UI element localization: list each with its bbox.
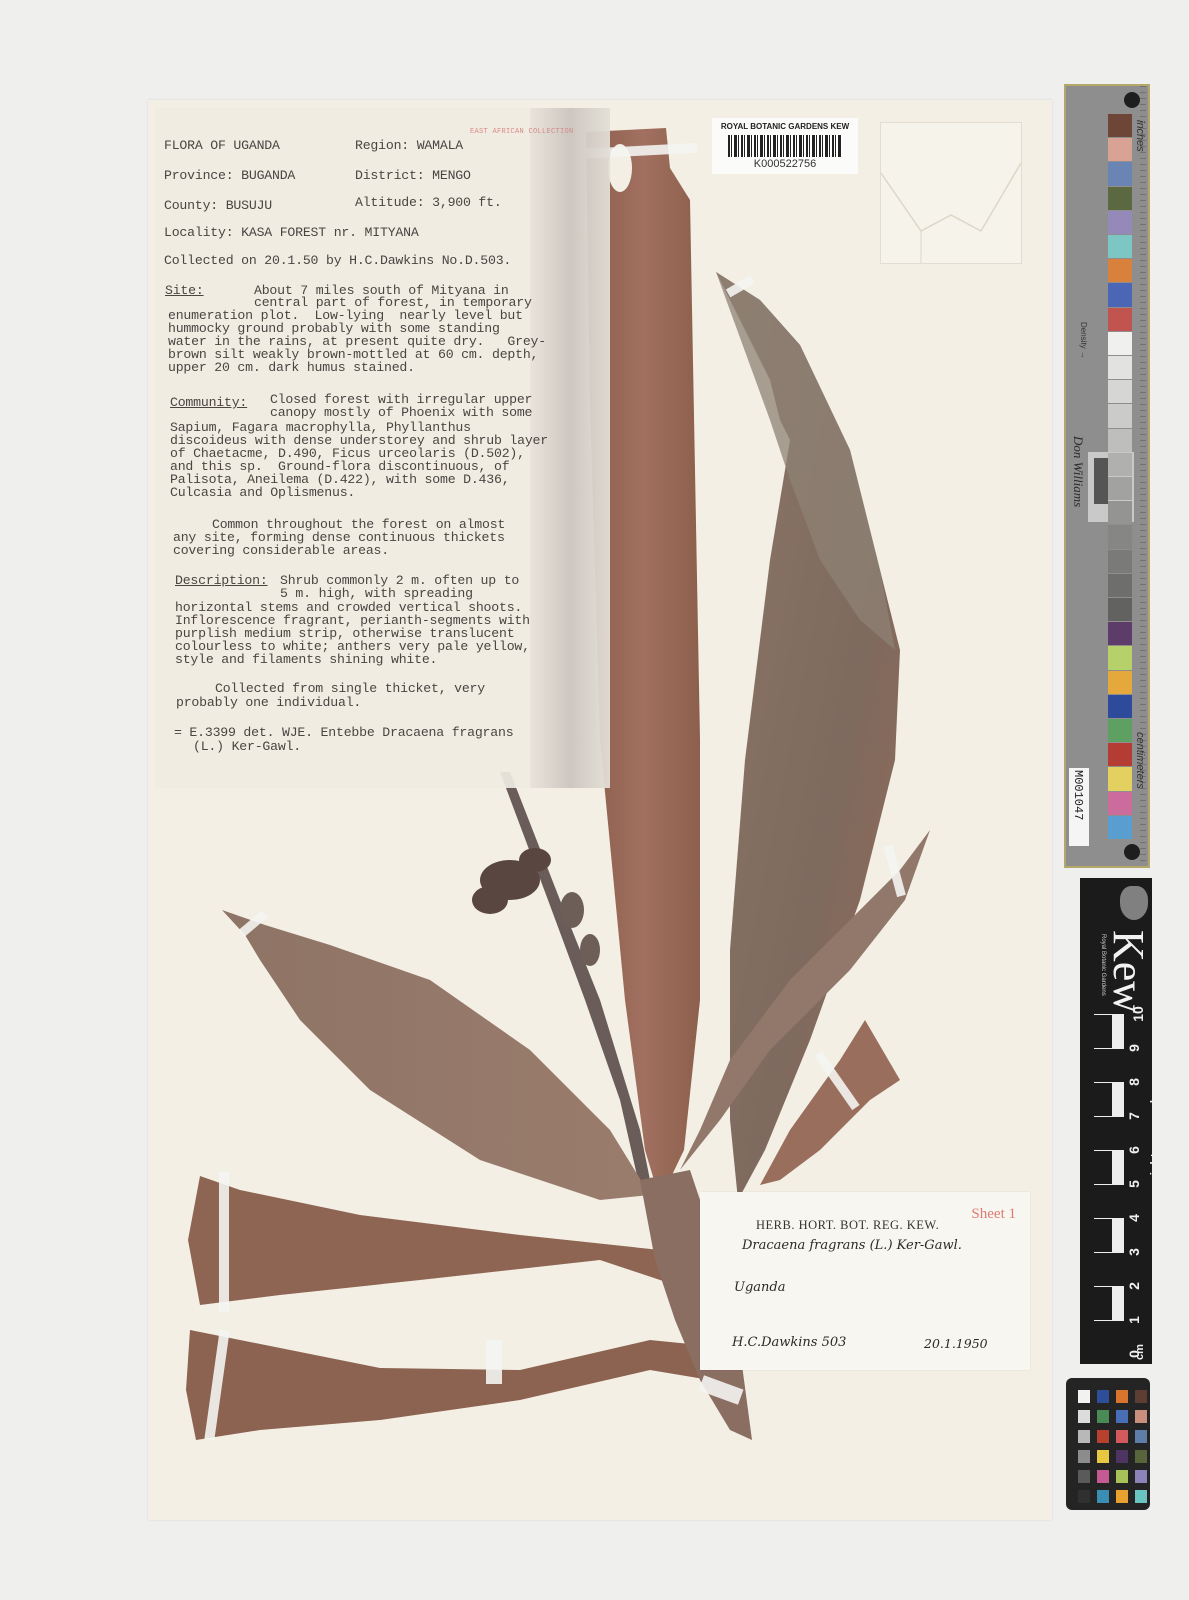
province: Province: BUGANDA [164, 168, 295, 183]
checker-patch [1097, 1470, 1109, 1483]
checker-patch [1078, 1410, 1090, 1423]
cm-tick-label: 6 [1126, 1146, 1142, 1154]
determination-label: Sheet 1 HERB. HORT. BOT. REG. KEW. Draca… [700, 1192, 1030, 1370]
community-line: canopy mostly of Phoenix with some [270, 405, 532, 420]
cm-tick-label: 10 [1130, 1006, 1146, 1022]
color-swatch [1108, 453, 1132, 476]
leaf-lower-2 [186, 1330, 710, 1440]
checker-patch [1116, 1470, 1128, 1483]
color-swatch [1108, 308, 1132, 331]
cm-segment [1094, 1150, 1124, 1184]
color-swatch [1108, 283, 1132, 306]
color-swatch [1108, 259, 1132, 282]
institution-name: ROYAL BOTANIC GARDENS KEW [712, 122, 858, 131]
cm-segment [1094, 1116, 1124, 1150]
species-name: Dracaena fragrans (L.) Ker-Gawl. [742, 1238, 962, 1253]
color-swatch [1108, 574, 1132, 597]
collected-from-line: probably one individual. [176, 695, 361, 710]
color-swatch [1108, 622, 1132, 645]
site-heading: Site: [165, 283, 204, 298]
checker-patch [1116, 1390, 1128, 1403]
color-swatch [1108, 550, 1132, 573]
color-swatch [1108, 380, 1132, 403]
description-heading: Description: [175, 573, 268, 588]
scale-id-tag: M001047 [1069, 768, 1089, 846]
abundance-line: covering considerable areas. [173, 543, 389, 558]
barcode-label: ROYAL BOTANIC GARDENS KEW K000522756 [712, 118, 858, 174]
barcode-number: K000522756 [712, 158, 858, 170]
checker-patch [1097, 1390, 1109, 1403]
checker-patch [1097, 1430, 1109, 1443]
color-swatch [1108, 767, 1132, 790]
color-checker-card [1066, 1378, 1150, 1510]
collection-stamp: EAST AFRICAN COLLECTION [470, 128, 574, 136]
color-swatch [1108, 501, 1132, 524]
cm-tick-label: 4 [1126, 1214, 1142, 1222]
checker-patch [1116, 1430, 1128, 1443]
fragment-packet [880, 122, 1022, 264]
color-swatch [1108, 816, 1132, 839]
checker-patch [1135, 1490, 1147, 1503]
flora-title: FLORA OF UGANDA [164, 138, 280, 153]
cm-segment [1094, 1286, 1124, 1320]
hole-icon [1124, 92, 1140, 108]
cm-scale [1094, 1014, 1124, 1354]
region: Region: WAMALA [355, 138, 463, 153]
color-swatch [1108, 114, 1132, 137]
sheet-number: Sheet 1 [971, 1206, 1016, 1223]
checker-patch [1135, 1470, 1147, 1483]
color-swatch [1108, 187, 1132, 210]
cm-segment [1094, 1184, 1124, 1218]
kew-crest-icon [1120, 886, 1148, 920]
checker-patch [1078, 1430, 1090, 1443]
color-swatch [1108, 646, 1132, 669]
color-swatch [1108, 719, 1132, 742]
barcode-icon [728, 135, 842, 157]
cm-segment [1094, 1014, 1124, 1048]
kew-logo: Kew [1106, 930, 1150, 1013]
checker-patch [1135, 1390, 1147, 1403]
cm-tick-label: 5 [1126, 1180, 1142, 1188]
kew-cm-ruler: Royal Botanic Gardens Kew copyright rese… [1080, 878, 1152, 1364]
checker-patch [1078, 1490, 1090, 1503]
cm-segment [1094, 1252, 1124, 1286]
cm-tick-label: 8 [1126, 1078, 1142, 1086]
cm-tick-label: 1 [1126, 1316, 1142, 1324]
color-swatch [1108, 332, 1132, 355]
cm-tick-label: 2 [1126, 1282, 1142, 1290]
district: District: MENGO [355, 168, 471, 183]
description-line: 5 m. high, with spreading [280, 586, 473, 601]
community-heading: Community: [170, 395, 247, 410]
copyright-text: copyright reserved [1148, 1100, 1162, 1208]
color-swatch [1108, 404, 1132, 427]
color-swatch [1108, 356, 1132, 379]
color-swatch [1108, 138, 1132, 161]
density-label: Density → [1079, 322, 1088, 359]
collection-date-collector: Collected on 20.1.50 by H.C.Dawkins No.D… [164, 253, 511, 268]
checker-patch [1097, 1490, 1109, 1503]
color-swatch [1108, 671, 1132, 694]
color-swatch [1108, 743, 1132, 766]
color-swatch [1108, 792, 1132, 815]
collector-number: H.C.Dawkins 503 [732, 1335, 846, 1350]
checker-patch [1135, 1450, 1147, 1463]
cm-segment [1094, 1048, 1124, 1082]
county: County: BUSUJU [164, 198, 272, 213]
cm-tick-label: 0 [1126, 1350, 1142, 1358]
cm-segment [1094, 1218, 1124, 1252]
envelope-fold-icon [881, 123, 1021, 263]
inflorescence [472, 848, 600, 966]
tissue-overlay [530, 108, 610, 788]
cm-tick-label: 3 [1126, 1248, 1142, 1256]
description-line: style and filaments shining white. [175, 652, 437, 667]
checker-patch [1078, 1470, 1090, 1483]
brand-label: Don Williams [1070, 436, 1086, 507]
centimeters-label: centimeters [1134, 732, 1146, 789]
color-swatch [1108, 525, 1132, 548]
color-swatch [1108, 211, 1132, 234]
checker-patch [1078, 1450, 1090, 1463]
locality: Locality: KASA FOREST nr. MITYANA [164, 225, 419, 240]
color-swatch [1108, 162, 1132, 185]
cm-tick-label: 9 [1126, 1044, 1142, 1052]
checker-patch [1135, 1410, 1147, 1423]
determination-line: = E.3399 det. WJE. Entebbe Dracaena frag… [174, 725, 513, 740]
country: Uganda [734, 1280, 785, 1295]
herbarium-name: HERB. HORT. BOT. REG. KEW. [756, 1218, 939, 1233]
checker-patch [1097, 1410, 1109, 1423]
altitude: Altitude: 3,900 ft. [355, 195, 502, 210]
color-swatch [1108, 429, 1132, 452]
color-swatch [1108, 477, 1132, 500]
inches-label: inches [1134, 120, 1146, 152]
checker-patch [1116, 1410, 1128, 1423]
cm-segment [1094, 1320, 1124, 1354]
community-line: Culcasia and Oplismenus. [170, 485, 355, 500]
color-swatch [1108, 695, 1132, 718]
collected-from-line: Collected from single thicket, very [215, 681, 485, 696]
checker-patch [1135, 1430, 1147, 1443]
color-swatch [1108, 235, 1132, 258]
hole-icon [1124, 844, 1140, 860]
color-calibration-scale: inches centimeters Density → Don William… [1064, 84, 1150, 868]
determination-line: (L.) Ker-Gawl. [193, 739, 301, 754]
collection-date: 20.1.1950 [924, 1336, 988, 1351]
checker-patch [1116, 1450, 1128, 1463]
cm-segment [1094, 1082, 1124, 1116]
checker-patch [1078, 1390, 1090, 1403]
checker-patch [1097, 1450, 1109, 1463]
site-line: upper 20 cm. dark humus stained. [168, 360, 415, 375]
checker-patch [1116, 1490, 1128, 1503]
cm-tick-label: 7 [1126, 1112, 1142, 1120]
color-swatch [1108, 598, 1132, 621]
